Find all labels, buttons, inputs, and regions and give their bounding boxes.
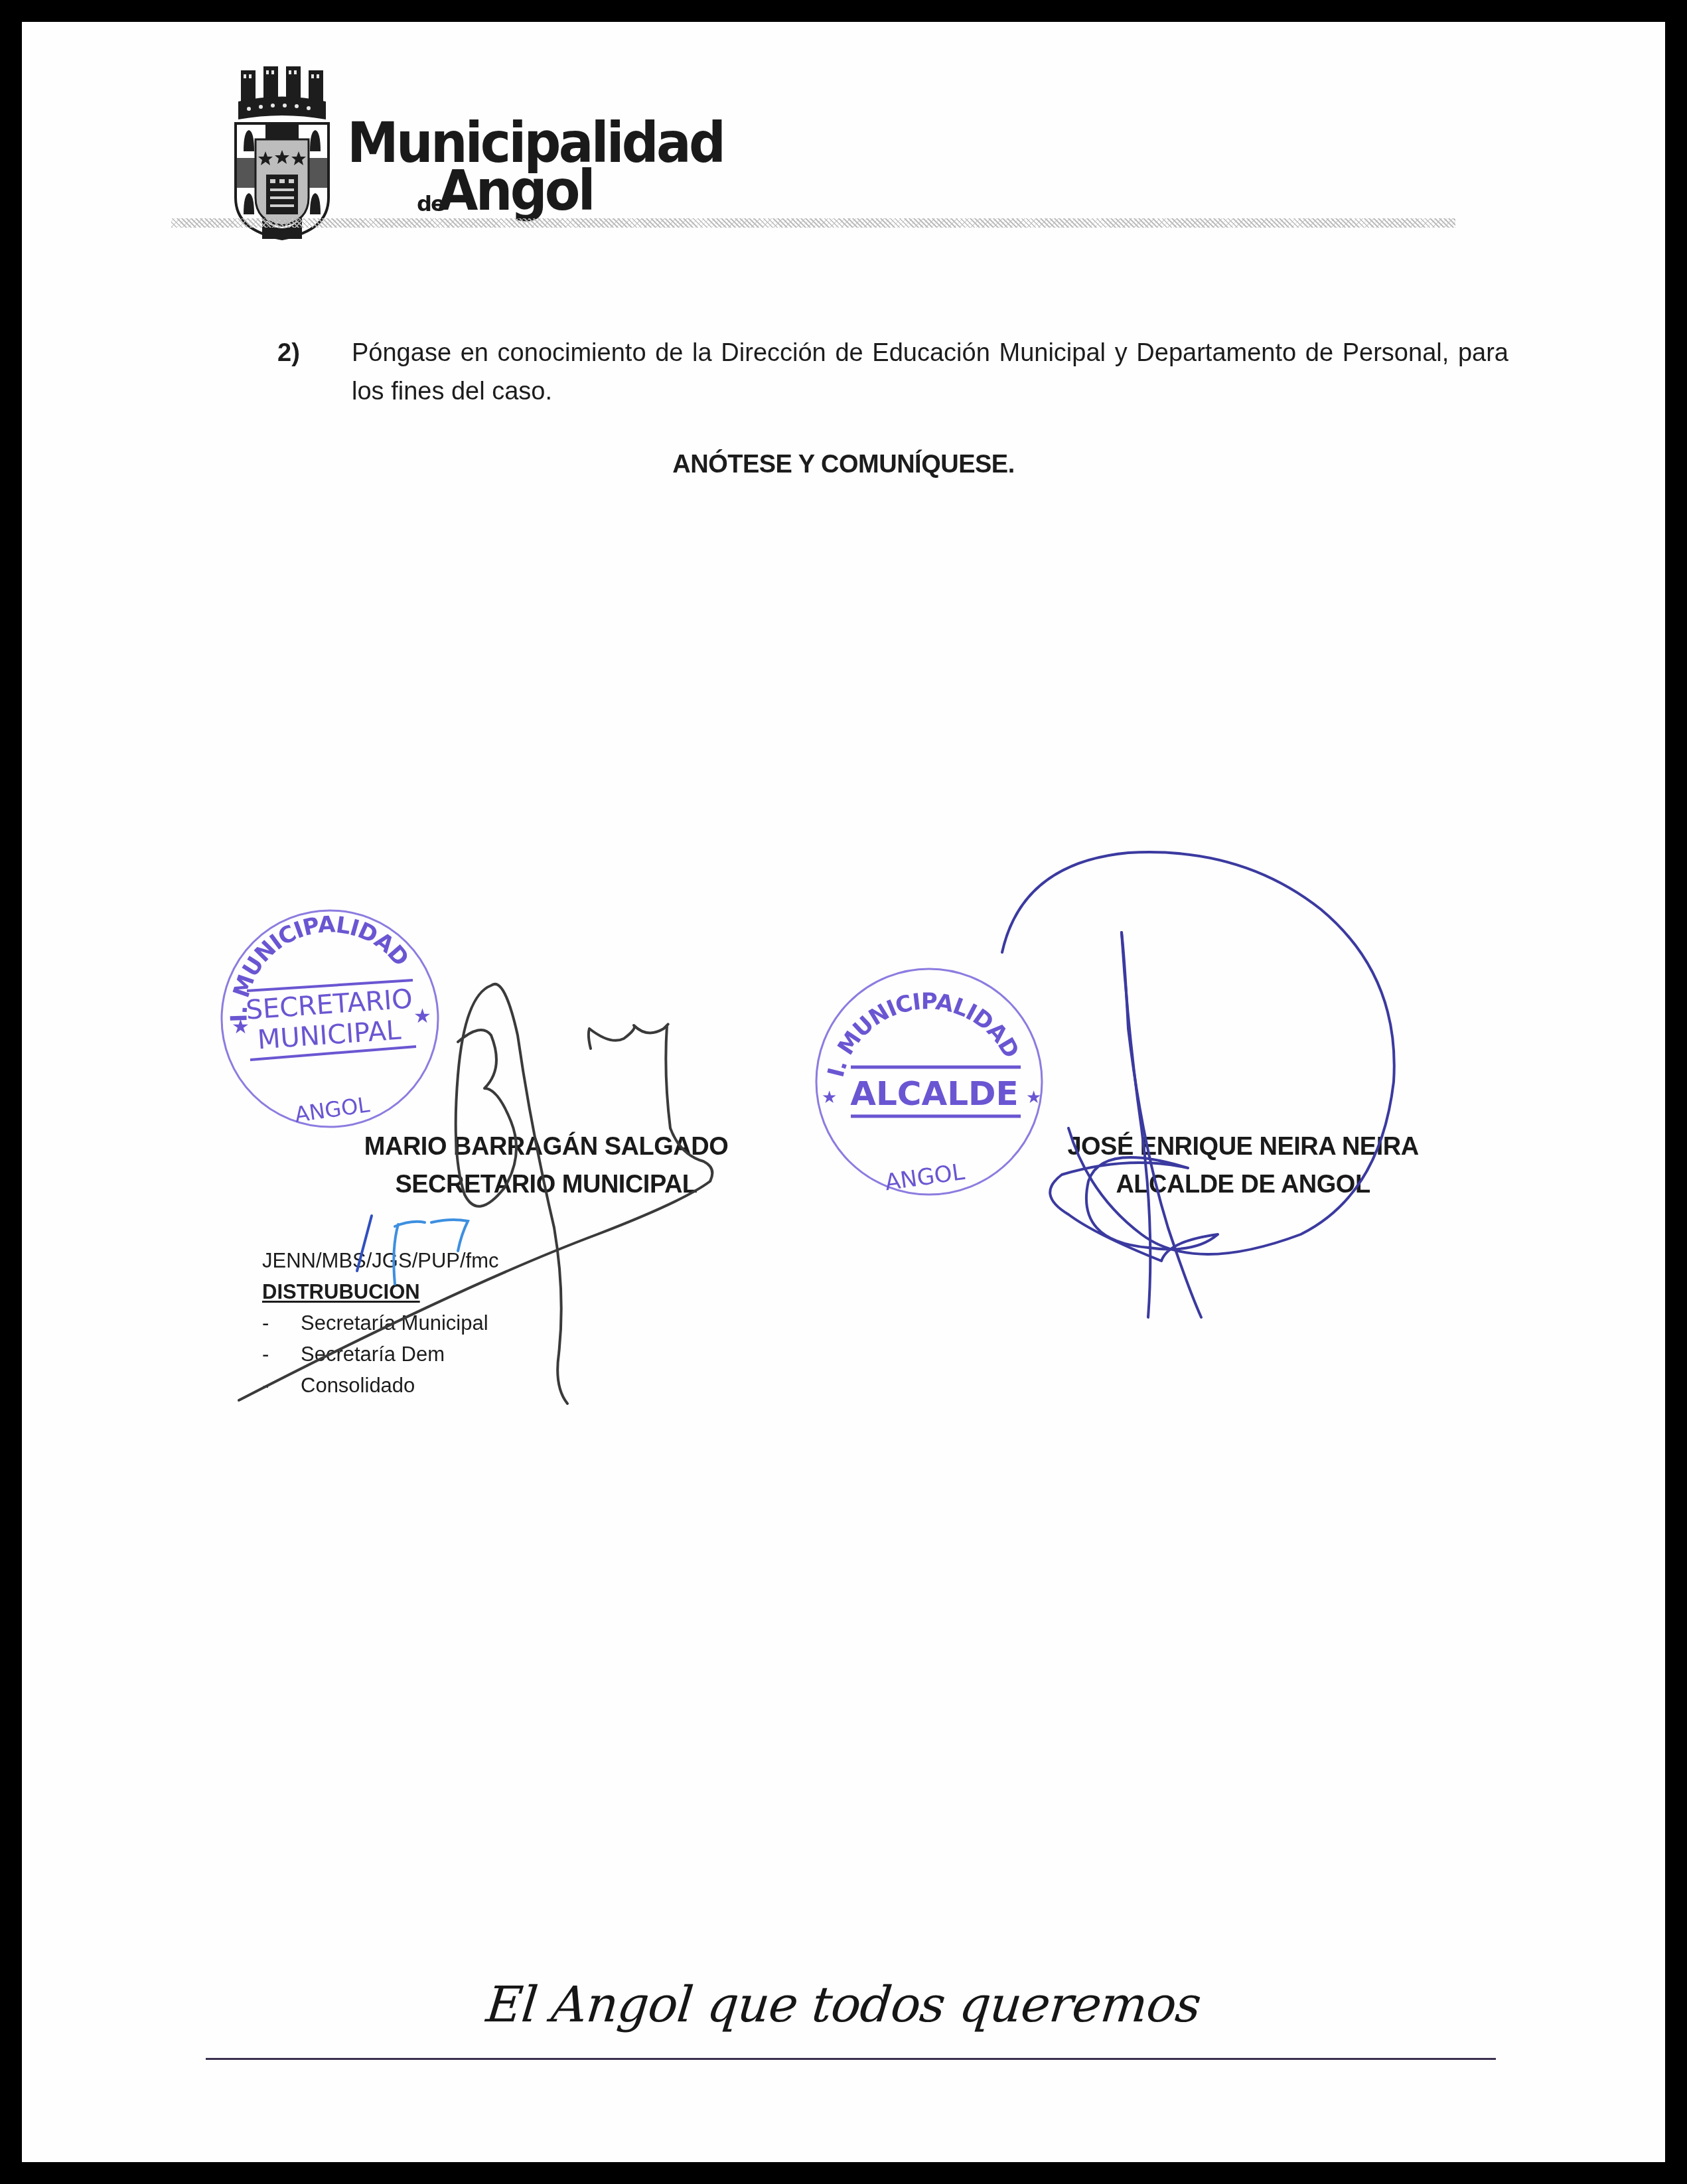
closing-statement: ANÓTESE Y COMUNÍQUESE. [22, 445, 1665, 484]
stamp2-bottom: ANGOL [883, 1159, 966, 1196]
stamp-alcalde: I. MUNICIPALIDAD ALCALDE ★ ★ ANGOL [810, 962, 1049, 1201]
item-number: 2) [277, 334, 300, 372]
header-divider [171, 218, 1455, 228]
star-icon: ★ [1026, 1087, 1041, 1107]
signatory-name: MARIO BARRAGÁN SALGADO [334, 1128, 759, 1166]
reference-initials: JENN/MBS/JGS/PUP/fmc [262, 1245, 499, 1276]
star-icon: ★ [413, 1005, 431, 1027]
item-paragraph: Póngase en conocimiento de la Dirección … [352, 334, 1508, 411]
list-item: -Secretaría Dem [262, 1339, 488, 1370]
signatory-alcalde: JOSÉ ENRIQUE NEIRA NEIRA ALCALDE DE ANGO… [1037, 1128, 1449, 1204]
footer-motto: El Angol que todos queremos [22, 1976, 1665, 2033]
signatory-title: ALCALDE DE ANGOL [1037, 1166, 1449, 1204]
signature-alcalde [1002, 852, 1394, 1317]
footer-divider [206, 2058, 1496, 2060]
distribution-list: -Secretaría Municipal -Secretaría Dem -C… [262, 1307, 488, 1401]
signatory-title: SECRETARIO MUNICIPAL [334, 1166, 759, 1204]
star-icon: ★ [232, 1016, 250, 1038]
document-page: Municipalidad de Angol 2) Póngase en con… [22, 22, 1665, 2162]
signatory-secretario: MARIO BARRAGÁN SALGADO SECRETARIO MUNICI… [334, 1128, 759, 1204]
coat-of-arms-icon [229, 65, 335, 241]
star-icon: ★ [822, 1087, 837, 1107]
distribution-title: DISTRUBUCION [262, 1276, 420, 1307]
brand-angol: Angol [438, 163, 593, 218]
list-item: -Consolidado [262, 1370, 488, 1401]
signatory-name: JOSÉ ENRIQUE NEIRA NEIRA [1037, 1128, 1449, 1166]
stamp-secretario-municipal: I. MUNICIPALIDAD SECRETARIO MUNICIPAL ★ … [217, 906, 443, 1131]
stamp2-line1: ALCALDE [850, 1074, 1018, 1113]
list-item: -Secretaría Municipal [262, 1307, 488, 1339]
